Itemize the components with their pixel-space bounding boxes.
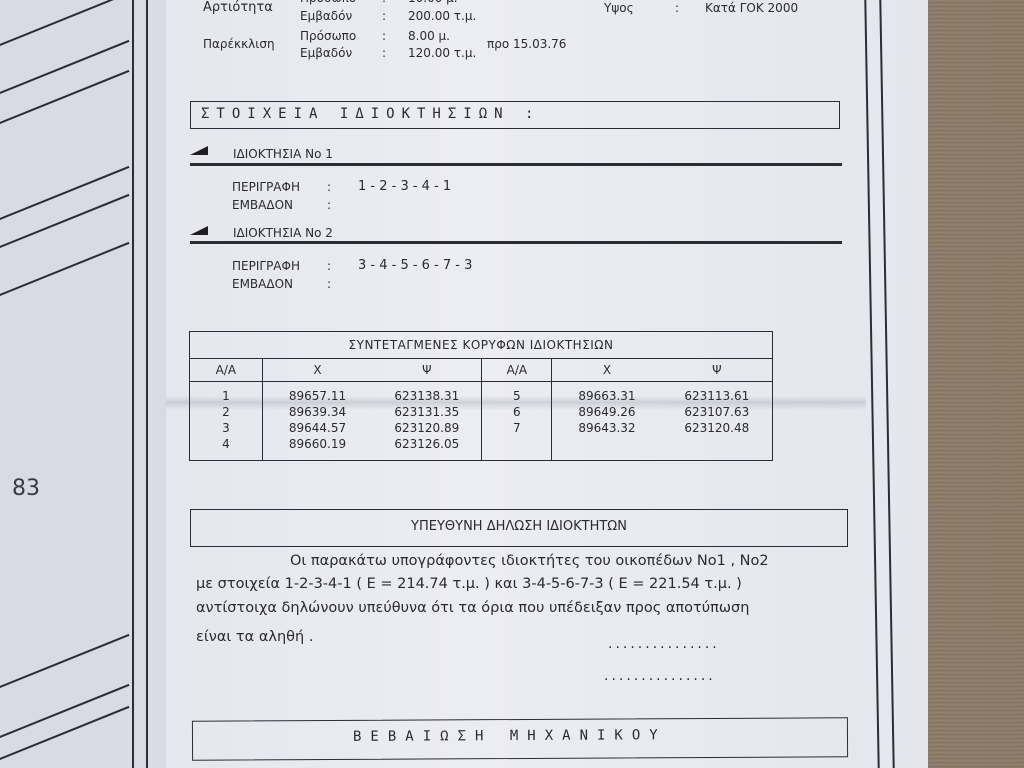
hatch-line [0,40,129,98]
table-header-row: Α/Α Χ Ψ Α/Α Χ Ψ [190,359,773,382]
table-cell: 623120.48 [662,420,772,436]
column-header-x: Χ [552,359,662,382]
property-2-area-label: ΕΜΒΑΔΟΝ [232,277,293,291]
declaration-title: ΥΠΕΥΘΥΝΗ ΔΗΛΩΣΗ ΙΔΙΟΚΤΗΤΩΝ [191,519,847,534]
parekklisi-frontage-label: Πρόσωπο [300,29,356,43]
aa-column-left: 1 2 3 4 [190,382,263,461]
column-header-y: Ψ [372,359,482,382]
parekklisi-area-value: 120.00 τ.μ. [408,46,476,60]
hatch-line [0,0,129,50]
y-column-left: 623138.31 623131.35 623120.89 623126.05 [372,382,482,461]
table-cell: 89643.32 [552,420,661,436]
table-bottom-border [190,461,773,462]
hatch-line [0,706,129,764]
properties-section-title: ΣΤΟΙΧΕΙΑ ΙΔΙΟΚΤΗΣΙΩΝ : [201,106,540,122]
column-header-aa: Α/Α [190,359,263,382]
panel-border-line [132,0,134,768]
engineer-section-box: ΒΕΒΑΙΩΣΗ ΜΗΧΑΝΙΚΟΥ [192,717,848,760]
hatch-line [0,70,129,128]
y-column-right: 623113.61 623107.63 623120.48 [662,382,773,461]
property-2-description-label: ΠΕΡΙΓΡΑΦΗ [232,259,300,273]
table-cell: 7 [482,420,551,436]
property-1-heading: ΙΔΙΟΚΤΗΣΙΑ No 1 [233,147,333,161]
column-header-y: Ψ [662,359,773,382]
column-header-aa: Α/Α [482,359,552,382]
declaration-line-2: με στοιχεία 1-2-3-4-1 ( Ε = 214.74 τ.μ. … [196,576,742,592]
table-body-row: 1 2 3 4 89657.11 89639.34 89644.57 89660… [190,382,773,461]
table-cell: 623120.89 [372,420,481,436]
artiotita-area-value: 200.00 τ.μ. [408,9,476,23]
engineer-section-title: ΒΕΒΑΙΩΣΗ ΜΗΧΑΝΙΚΟΥ [353,727,667,745]
declaration-line-4: είναι τα αληθή . [196,629,313,645]
table-cell: 4 [190,436,262,452]
table-cell: 89660.19 [263,436,372,452]
property-1-description-label: ΠΕΡΙΓΡΑΦΗ [232,180,300,194]
artiotita-label: Αρτιότητα [203,0,273,15]
left-folded-panel: 83 [0,0,166,768]
x-column-left: 89657.11 89639.34 89644.57 89660.19 [262,382,372,461]
separator: : [327,180,331,194]
declaration-title-box: ΥΠΕΥΘΥΝΗ ΔΗΛΩΣΗ ΙΔΙΟΚΤΗΤΩΝ [190,509,848,547]
artiotita-area-label: Εμβαδόν [300,9,352,23]
ypsos-label: Υψος [604,1,634,15]
declaration-line-3: αντίστοιχα δηλώνουν υπεύθυνα ότι τα όρια… [196,600,749,616]
separator: : [327,259,331,273]
table-cell: 623126.05 [372,436,481,452]
page-number: 83 [12,476,40,501]
hatch-line [0,194,129,252]
arrow-flag-icon [190,146,208,155]
hatch-line [0,166,129,224]
ypsos-value: Κατά ΓΟΚ 2000 [705,1,798,15]
property-2-rule [190,241,842,244]
property-2-description-value: 3 - 4 - 5 - 6 - 7 - 3 [358,258,472,273]
signature-line-1: ............... [608,636,720,652]
table-cell: 3 [190,420,262,436]
separator: : [327,277,331,291]
x-column-right: 89663.31 89649.26 89643.32 [552,382,662,461]
separator: : [382,0,386,5]
property-1-rule [190,163,842,166]
parekklisi-note: προ 15.03.76 [487,37,566,51]
paper-fold-crease [166,396,866,410]
separator: : [382,29,386,43]
separator: : [327,198,331,212]
signature-line-2: ............... [604,668,716,684]
separator: : [382,46,386,60]
artiotita-frontage-label: Πρόσωπο [300,0,356,5]
parekklisi-label: Παρέκκλιση [203,37,275,51]
panel-border-line [146,0,148,768]
declaration-line-1: Οι παρακάτω υπογράφοντες ιδιοκτήτες του … [290,553,769,569]
aa-column-right: 5 6 7 [482,382,552,461]
property-1-area-label: ΕΜΒΑΔΟΝ [232,198,293,212]
parekklisi-area-label: Εμβαδόν [300,46,352,60]
parekklisi-frontage-value: 8.00 μ. [408,29,450,43]
table-cell: 89644.57 [263,420,372,436]
coordinates-table-title: ΣΥΝΤΕΤΑΓΜΕΝΕΣ ΚΟΡΥΦΩΝ ΙΔΙΟΚΤΗΣΙΩΝ [190,332,773,359]
separator: : [675,1,679,15]
property-1-description-value: 1 - 2 - 3 - 4 - 1 [358,179,451,194]
column-header-x: Χ [262,359,372,382]
property-2-heading: ΙΔΙΟΚΤΗΣΙΑ No 2 [233,226,333,240]
separator: : [382,9,386,23]
hatch-line [0,242,129,300]
artiotita-frontage-value: 10.00 μ. [408,0,458,5]
properties-section-box: ΣΤΟΙΧΕΙΑ ΙΔΙΟΚΤΗΣΙΩΝ : [190,101,840,129]
arrow-flag-icon [190,226,208,235]
hatch-line [0,634,129,692]
